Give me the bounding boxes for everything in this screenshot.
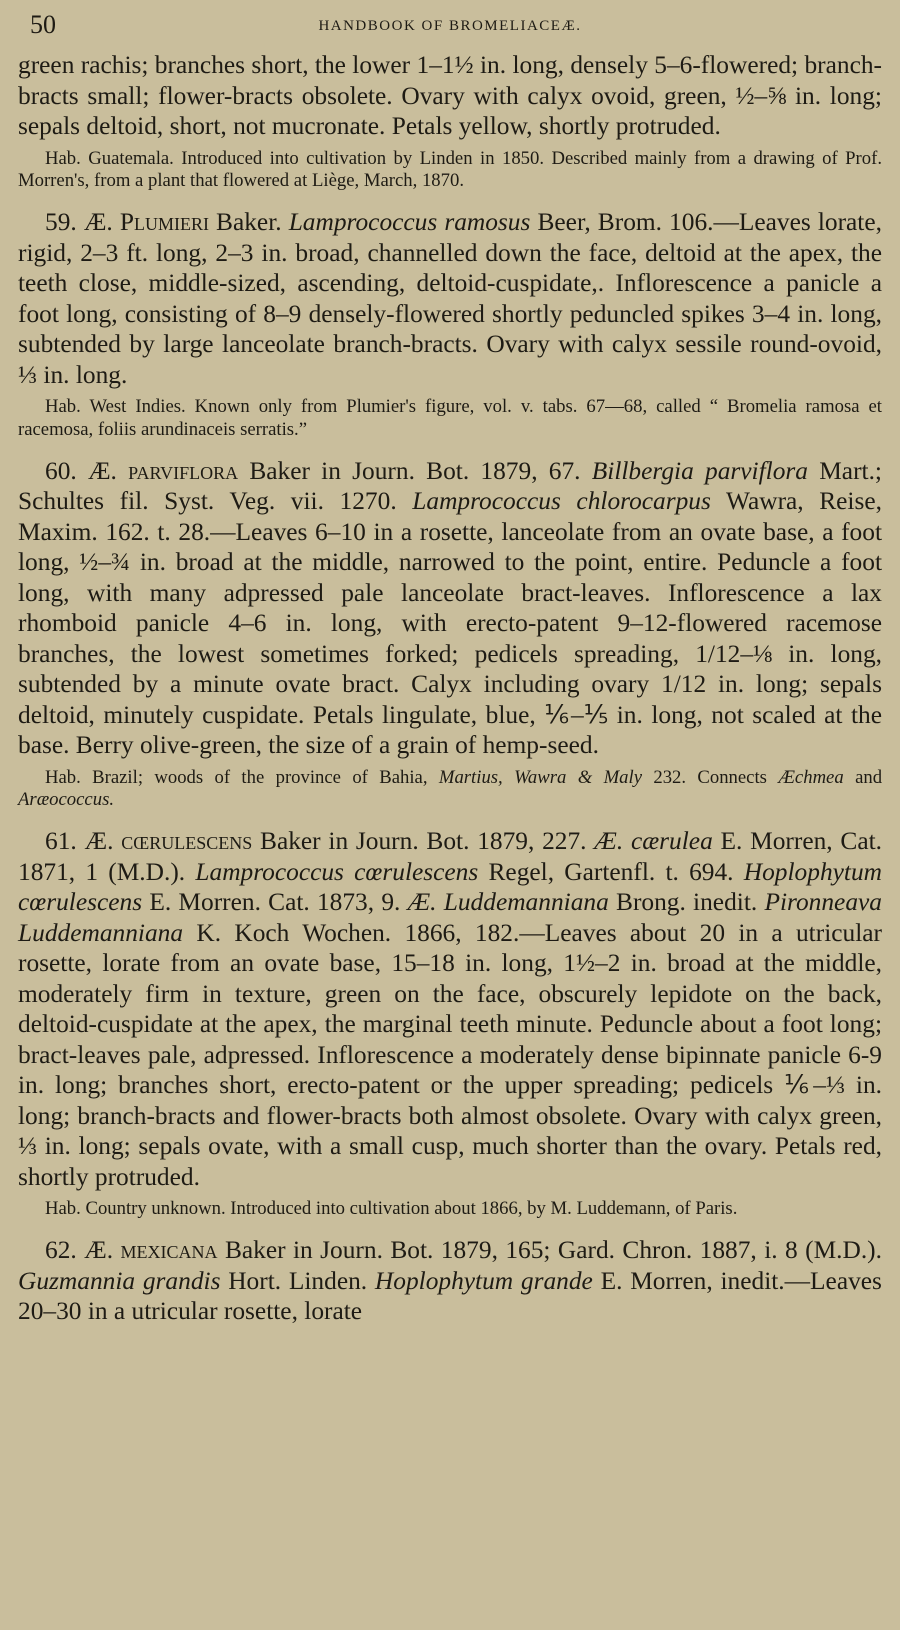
habitat-note: Hab. Country unknown. Introduced into cu… — [18, 1198, 882, 1221]
citation-text: E. Morren. Cat. 1873, 9. — [149, 888, 400, 916]
species-name: cœrulescens — [121, 827, 252, 855]
species-name: Plumieri — [120, 208, 209, 236]
citation-text: Regel, Gartenfl. t. 694. — [489, 858, 734, 886]
entry-number: 59. — [45, 208, 77, 236]
habitat-text: and — [855, 767, 882, 788]
species-entry-62: 62. Æ. mexicana Baker in Journ. Bot. 187… — [18, 1235, 882, 1327]
citation-text: Hort. Linden. — [228, 1267, 367, 1295]
habitat-note: Hab. Brazil; woods of the province of Ba… — [18, 767, 882, 813]
species-entry-61: 61. Æ. cœrulescens Baker in Journ. Bot. … — [18, 826, 882, 1221]
synonym: Lamprococcus ramosus — [289, 208, 531, 236]
synonym: Lamprococcus cœrulescens — [195, 858, 478, 886]
genus-abbreviation: Æ. — [88, 457, 117, 485]
species-description: 59. Æ. Plumieri Baker. Lamprococcus ramo… — [18, 207, 882, 390]
book-page: 50 HANDBOOK OF BROMELIACEÆ. green rachis… — [0, 0, 900, 1630]
synonym: Hoplophytum grande — [375, 1267, 593, 1295]
habitat-text: 232. Connects — [653, 767, 767, 788]
running-head: 50 HANDBOOK OF BROMELIACEÆ. — [18, 0, 882, 44]
habitat-note: Hab. West Indies. Known only from Plumie… — [18, 396, 882, 442]
description-text: K. Koch Wochen. 1866, 182.—Leaves about … — [18, 919, 882, 1191]
synonym: Guzmannia grandis — [18, 1267, 220, 1295]
genus-reference: Æchmea — [778, 767, 843, 788]
entry-number: 60. — [45, 457, 77, 485]
species-entry-60: 60. Æ. parviflora Baker in Journ. Bot. 1… — [18, 456, 882, 813]
synonym: Æ. Luddemanniana — [408, 888, 609, 916]
genus-abbreviation: Æ. — [84, 208, 113, 236]
species-name: mexicana — [121, 1236, 218, 1264]
citation-text: Brong. inedit. — [616, 888, 757, 916]
entry-number: 61. — [45, 827, 77, 855]
synonym: Æ. cærulea — [594, 827, 712, 855]
species-description: 60. Æ. parviflora Baker in Journ. Bot. 1… — [18, 456, 882, 761]
collectors: Martius, Wawra & Maly — [439, 767, 642, 788]
habitat-note: Hab. Guatemala. Introduced into cultivat… — [18, 148, 882, 194]
entry-number: 62. — [45, 1236, 77, 1264]
genus-abbreviation: Æ. — [85, 827, 114, 855]
authority: Baker in Journ. Bot. 1879, 67. — [249, 457, 580, 485]
genus-abbreviation: Æ. — [84, 1236, 113, 1264]
continued-description: green rachis; branches short, the lower … — [18, 50, 882, 142]
synonym: Billbergia parviflora — [592, 457, 808, 485]
authority: Baker in Journ. Bot. 1879, 227. — [260, 827, 587, 855]
authority: Baker in Journ. Bot. 1879, 165; Gard. Ch… — [225, 1236, 882, 1264]
species-name: parviflora — [128, 457, 238, 485]
habitat-text: Hab. Brazil; woods of the province of Ba… — [45, 767, 428, 788]
running-head-title: HANDBOOK OF BROMELIACEÆ. — [18, 18, 882, 35]
species-description: 61. Æ. cœrulescens Baker in Journ. Bot. … — [18, 826, 882, 1192]
synonym: Lamprococcus chlorocarpus — [412, 487, 711, 515]
species-entry-59: 59. Æ. Plumieri Baker. Lamprococcus ramo… — [18, 207, 882, 442]
authority: Baker. — [216, 208, 282, 236]
description-text: Wawra, Reise, Maxim. 162. t. 28.—Leaves … — [18, 487, 882, 759]
genus-reference: Aræococcus. — [18, 789, 114, 810]
species-description: 62. Æ. mexicana Baker in Journ. Bot. 187… — [18, 1235, 882, 1327]
